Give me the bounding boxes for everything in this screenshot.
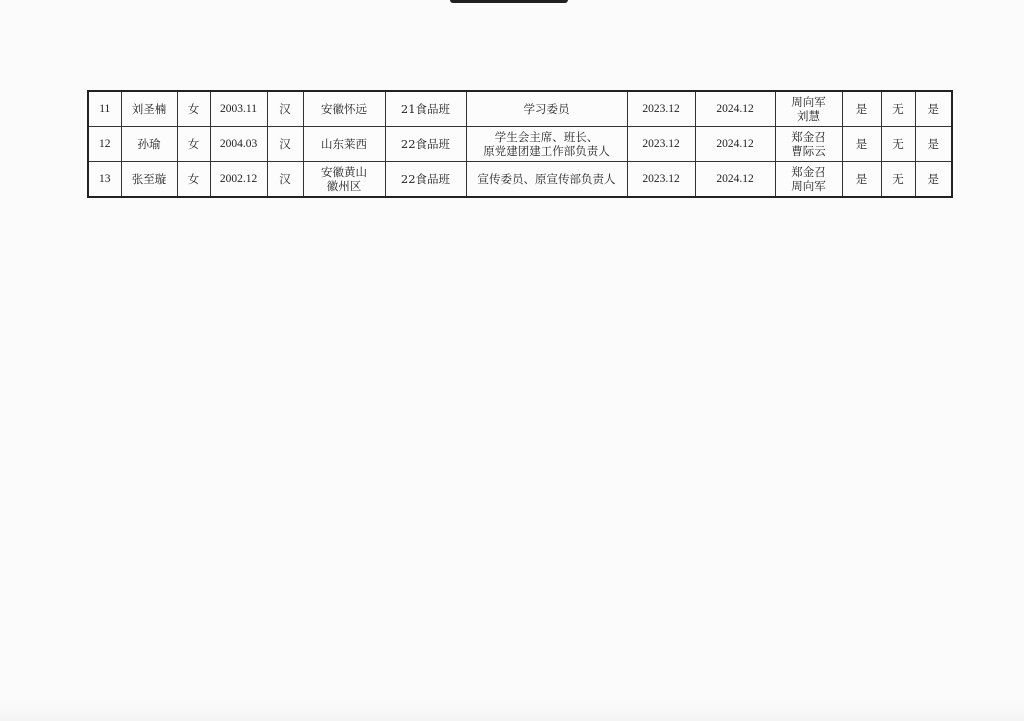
name-cell: 孙瑜	[121, 127, 177, 162]
gender-cell: 女	[177, 162, 210, 198]
flag-a-cell: 是	[842, 91, 881, 127]
birth-date-cell: 2004.03	[210, 127, 267, 162]
name-cell: 张至璇	[121, 162, 177, 198]
gender-cell: 女	[177, 127, 210, 162]
class-cell: 22食品班	[385, 127, 466, 162]
ethnicity-cell: 汉	[267, 91, 303, 127]
flag-c-cell: 是	[915, 162, 952, 198]
position-cell: 学生会主席、班长、 原党建团建工作部负责人	[466, 127, 627, 162]
class-cell: 21食品班	[385, 91, 466, 127]
end-date-cell: 2024.12	[695, 91, 775, 127]
scan-bottom-shade	[0, 700, 1024, 721]
end-date-cell: 2024.12	[695, 127, 775, 162]
recommenders-cell: 郑金召 曹际云	[775, 127, 842, 162]
birth-date-cell: 2002.12	[210, 162, 267, 198]
position-cell: 学习委员	[466, 91, 627, 127]
table-row: 13 张至璇 女 2002.12 汉 安徽黄山 徽州区 22食品班 宣传委员、原…	[88, 162, 952, 198]
table-row: 12 孙瑜 女 2004.03 汉 山东莱西 22食品班 学生会主席、班长、 原…	[88, 127, 952, 162]
flag-c-cell: 是	[915, 91, 952, 127]
position-cell: 宣传委员、原宣传部负责人	[466, 162, 627, 198]
flag-b-cell: 无	[881, 127, 915, 162]
start-date-cell: 2023.12	[627, 91, 695, 127]
member-roster-table: 11 刘圣楠 女 2003.11 汉 安徽怀远 21食品班 学习委员 2023.…	[87, 90, 953, 198]
recommenders-cell: 郑金召 周向军	[775, 162, 842, 198]
flag-a-cell: 是	[842, 162, 881, 198]
row-index: 12	[88, 127, 121, 162]
row-index: 13	[88, 162, 121, 198]
ethnicity-cell: 汉	[267, 162, 303, 198]
recommenders-cell: 周向军 刘慧	[775, 91, 842, 127]
class-cell: 22食品班	[385, 162, 466, 198]
start-date-cell: 2023.12	[627, 127, 695, 162]
flag-b-cell: 无	[881, 91, 915, 127]
end-date-cell: 2024.12	[695, 162, 775, 198]
origin-cell: 山东莱西	[303, 127, 385, 162]
table-row: 11 刘圣楠 女 2003.11 汉 安徽怀远 21食品班 学习委员 2023.…	[88, 91, 952, 127]
flag-c-cell: 是	[915, 127, 952, 162]
flag-b-cell: 无	[881, 162, 915, 198]
row-index: 11	[88, 91, 121, 127]
scan-edge-mark	[450, 0, 568, 3]
name-cell: 刘圣楠	[121, 91, 177, 127]
ethnicity-cell: 汉	[267, 127, 303, 162]
flag-a-cell: 是	[842, 127, 881, 162]
gender-cell: 女	[177, 91, 210, 127]
origin-cell: 安徽黄山 徽州区	[303, 162, 385, 198]
birth-date-cell: 2003.11	[210, 91, 267, 127]
start-date-cell: 2023.12	[627, 162, 695, 198]
origin-cell: 安徽怀远	[303, 91, 385, 127]
